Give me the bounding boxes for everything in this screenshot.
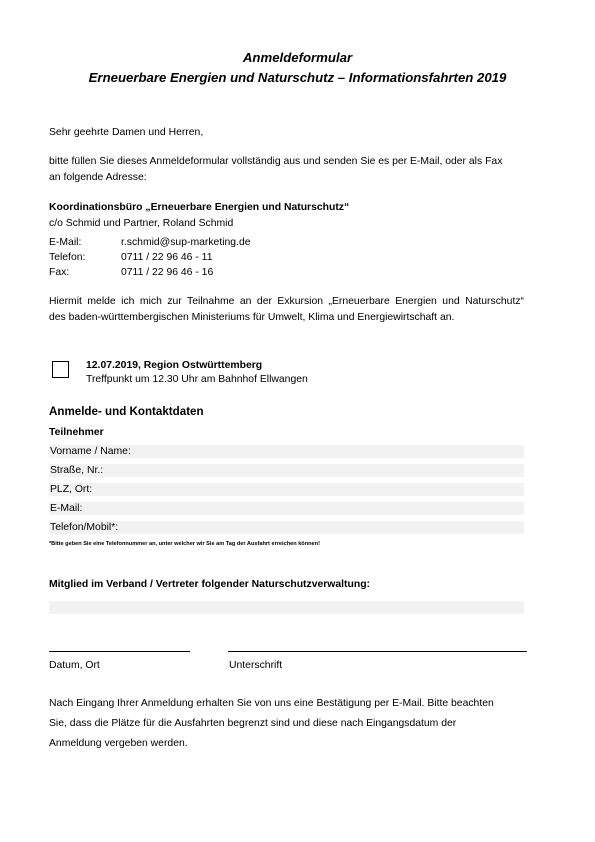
address-fax-value: 0711 / 22 96 46 - 16 (121, 267, 213, 278)
declaration-line-2: des baden-württembergischen Ministeriums… (49, 312, 454, 323)
event-detail: Treffpunkt um 12.30 Uhr am Bahnhof Ellwa… (86, 374, 308, 385)
instruction-line-1: bitte füllen Sie dieses Anmeldeformular … (49, 156, 502, 167)
event-checkbox[interactable] (52, 361, 69, 378)
date-place-label: Datum, Ort (49, 660, 100, 671)
signature-label: Unterschrift (229, 660, 282, 671)
closing-line-3: Anmeldung vergeben werden. (49, 738, 188, 749)
date-place-line[interactable] (49, 651, 190, 652)
closing-line-2: Sie, dass die Plätze für die Ausfahrten … (49, 718, 456, 729)
phone-field-label: Telefon/Mobil*: (50, 521, 118, 534)
address-phone-label: Telefon: (49, 252, 85, 263)
declaration-line-1: Hiermit melde ich mich zur Teilnahme an … (49, 296, 524, 307)
phone-footnote: *Bitte geben Sie eine Telefonnummer an, … (49, 541, 320, 547)
street-field[interactable]: Straße, Nr.: (49, 464, 524, 477)
closing-line-1: Nach Eingang Ihrer Anmeldung erhalten Si… (49, 698, 494, 709)
membership-heading: Mitglied im Verband / Vertreter folgende… (49, 579, 370, 590)
greeting: Sehr geehrte Damen und Herren, (49, 127, 203, 138)
document-title: Anmeldeformular (0, 50, 595, 65)
instruction-line-2: an folgende Adresse: (49, 172, 147, 183)
phone-field[interactable]: Telefon/Mobil*: (49, 521, 524, 534)
membership-field[interactable] (49, 601, 524, 614)
event-title: 12.07.2019, Region Ostwürttemberg (86, 360, 262, 371)
document-subtitle: Erneuerbare Energien und Naturschutz – I… (0, 70, 595, 85)
office-contact: c/o Schmid und Partner, Roland Schmid (49, 218, 233, 229)
address-email-value[interactable]: r.schmid@sup-marketing.de (121, 237, 251, 248)
registration-heading: Anmelde- und Kontaktdaten (49, 405, 204, 418)
name-field[interactable]: Vorname / Name: (49, 445, 524, 458)
name-field-label: Vorname / Name: (50, 445, 131, 458)
office-name: Koordinationsbüro „Erneuerbare Energien … (49, 202, 349, 213)
participant-subheading: Teilnehmer (49, 427, 104, 438)
zip-city-field[interactable]: PLZ, Ort: (49, 483, 524, 496)
signature-line[interactable] (228, 651, 527, 652)
address-email-label: E-Mail: (49, 237, 81, 248)
address-phone-value: 0711 / 22 96 46 - 11 (121, 252, 212, 263)
email-field[interactable]: E-Mail: (49, 502, 524, 515)
address-fax-label: Fax: (49, 267, 69, 278)
zip-city-field-label: PLZ, Ort: (50, 483, 92, 496)
email-field-label: E-Mail: (50, 502, 82, 515)
street-field-label: Straße, Nr.: (50, 464, 103, 477)
